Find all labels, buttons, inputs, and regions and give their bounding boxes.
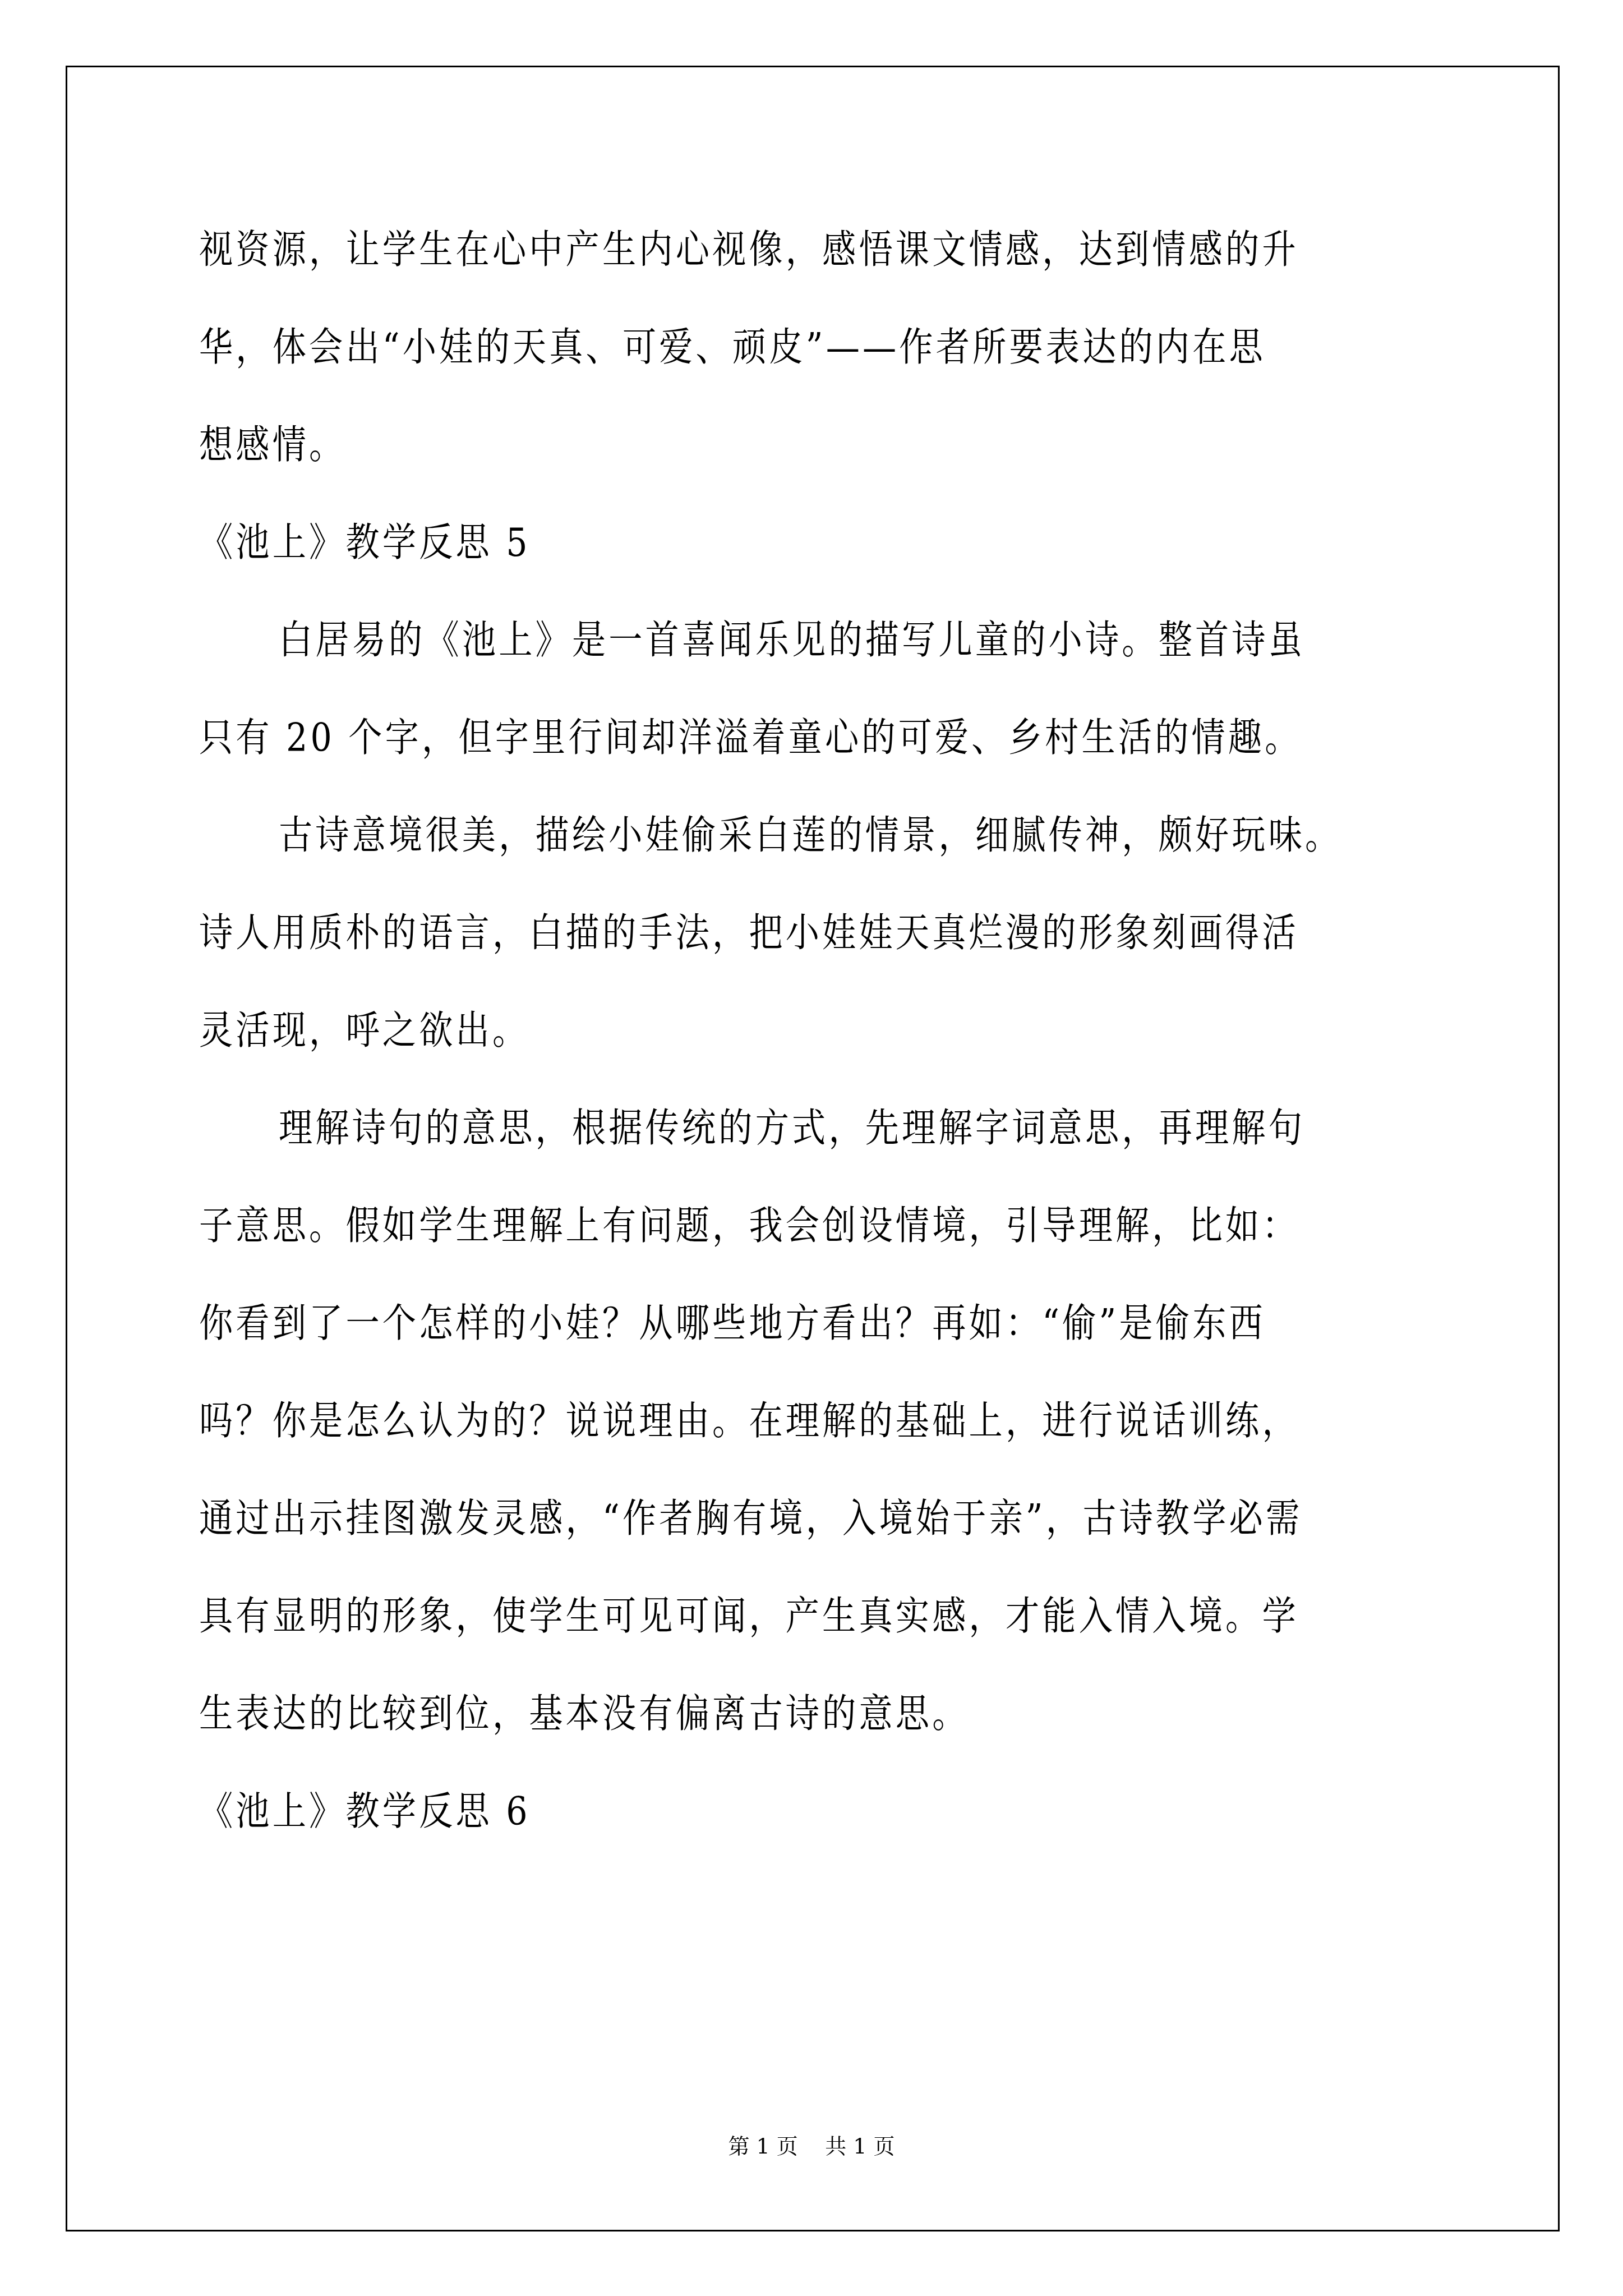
body-text-line: 具有显明的形象，使学生可见可闻，产生真实感，才能入情入境。学: [199, 1591, 1299, 1641]
body-text-line: 生表达的比较到位，基本没有偏离古诗的意思。: [199, 1688, 969, 1739]
body-text-line: 诗人用质朴的语言，白描的手法，把小娃娃天真烂漫的形象刻画得活: [199, 908, 1299, 958]
section-heading-5: 《池上》教学反思 5: [199, 517, 531, 568]
body-text-line: 理解诗句的意思，根据传统的方式，先理解字词意思，再理解句: [279, 1103, 1305, 1153]
body-text-line: 只有 20 个字，但字里行间却洋溢着童心的可爱、乡村生活的情趣。: [199, 712, 1302, 763]
body-text-line: 灵活现，呼之欲出。: [199, 1005, 529, 1056]
body-text-line: 古诗意境很美，描绘小娃偷采白莲的情景，细腻传神，颇好玩味。: [279, 810, 1341, 861]
section-heading-6: 《池上》教学反思 6: [199, 1786, 531, 1837]
body-text-line: 子意思。假如学生理解上有问题，我会创设情境，引导理解，比如：: [199, 1200, 1299, 1251]
body-text-line: 你看到了一个怎样的小娃？从哪些地方看出？再如：“偷”是偷东西: [199, 1298, 1266, 1349]
body-text-line: 想感情。: [199, 420, 345, 470]
body-text-line: 白居易的《池上》是一首喜闻乐见的描写儿童的小诗。整首诗虽: [279, 615, 1305, 665]
page-number-footer: 第 1 页 共 1 页: [0, 2129, 1623, 2160]
body-text-line: 吗？你是怎么认为的？说说理由。在理解的基础上，进行说话训练，: [199, 1396, 1299, 1446]
body-text-line: 华，体会出“小娃的天真、可爱、顽皮”——作者所要表达的内在思: [199, 322, 1266, 372]
body-text-line: 视资源，让学生在心中产生内心视像，感悟课文情感，达到情感的升: [199, 224, 1299, 275]
body-text-line: 通过出示挂图激发灵感，“作者胸有境，入境始于亲”，古诗教学必需: [199, 1493, 1302, 1544]
